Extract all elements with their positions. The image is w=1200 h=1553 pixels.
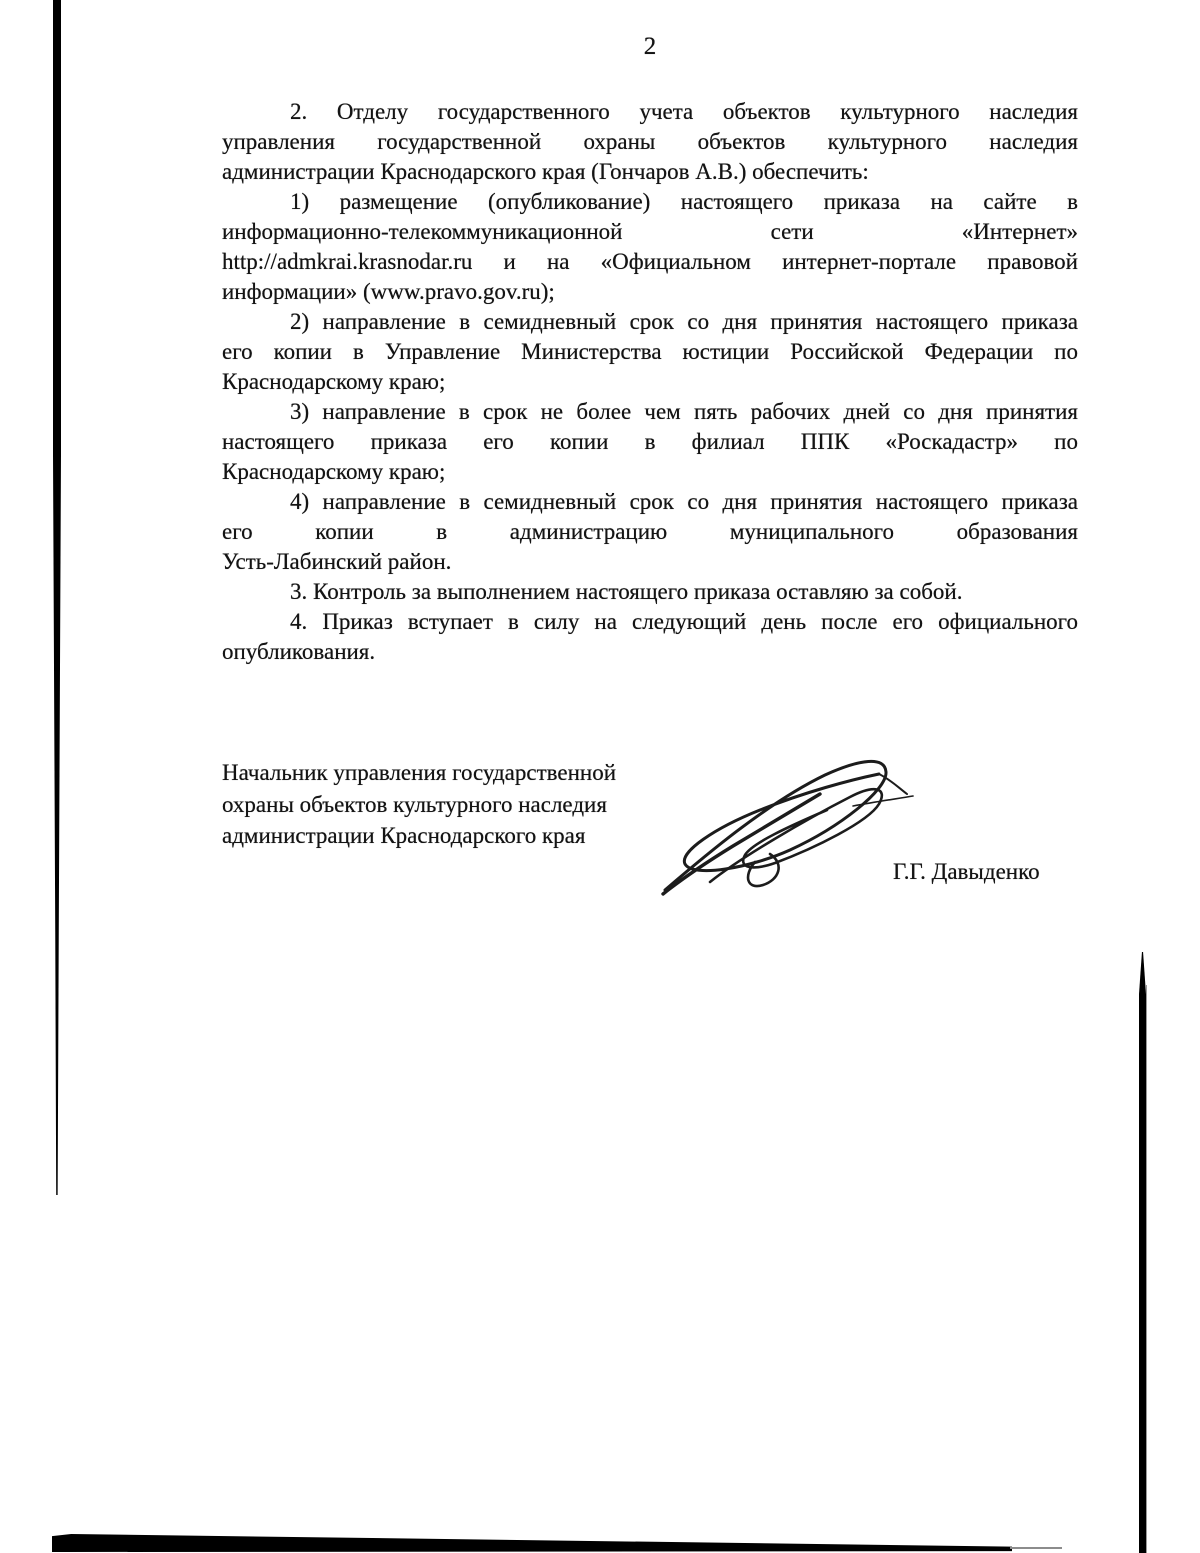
body-line: информации» (www.pravo.gov.ru); bbox=[222, 277, 1078, 307]
body-line: 2) направление в семидневный срок со дня… bbox=[222, 307, 1078, 337]
document-body: 2. Отделу государственного учета объекто… bbox=[222, 97, 1078, 667]
body-line: Краснодарскому краю; bbox=[222, 367, 1078, 397]
body-line: его копии в администрацию муниципального… bbox=[222, 517, 1078, 547]
body-line: 4) направление в семидневный срок со дня… bbox=[222, 487, 1078, 517]
body-line: его копии в Управление Министерства юсти… bbox=[222, 337, 1078, 367]
body-line: настоящего приказа его копии в филиал ПП… bbox=[222, 427, 1078, 457]
body-line: опубликования. bbox=[222, 637, 1078, 667]
signatory-title-line: объектов культурного наследия bbox=[300, 792, 607, 817]
body-line: 4. Приказ вступает в силу на следующий д… bbox=[222, 607, 1078, 637]
page-number: 2 bbox=[222, 33, 1078, 61]
body-line: 1) размещение (опубликование) настоящего… bbox=[222, 187, 1078, 217]
scan-artifact-bottom-bar-tail bbox=[1010, 1547, 1062, 1549]
signatory-title: Начальник управления государственной охр… bbox=[222, 757, 692, 852]
scan-artifact-right-line bbox=[1139, 952, 1146, 1553]
scan-artifact-right-line-ghost bbox=[1146, 985, 1147, 1553]
body-line: http://admkrai.krasnodar.ru и на «Официа… bbox=[222, 247, 1078, 277]
body-line: Краснодарскому краю; bbox=[222, 457, 1078, 487]
body-line: информационно-телекоммуникационной сети … bbox=[222, 217, 1078, 247]
scan-artifact-bottom-bar bbox=[52, 1534, 1012, 1552]
handwritten-signature-image bbox=[655, 742, 925, 902]
scan-artifact-left-line bbox=[53, 0, 61, 1195]
body-line: администрации Краснодарского края (Гонча… bbox=[222, 157, 1078, 187]
document-page: 2 2. Отделу государственного учета объек… bbox=[0, 0, 1200, 1553]
body-line: 2. Отделу государственного учета объекто… bbox=[222, 97, 1078, 127]
body-line: Усть-Лабинский район. bbox=[222, 547, 1078, 577]
signatory-title-line: администрации Краснодарского края bbox=[222, 823, 585, 848]
body-line: 3) направление в срок не более чем пять … bbox=[222, 397, 1078, 427]
signatory-title-line: Начальник управления bbox=[222, 760, 446, 785]
body-line: 3. Контроль за выполнением настоящего пр… bbox=[222, 577, 1078, 607]
body-line: управления государственной охраны объект… bbox=[222, 127, 1078, 157]
signer-name: Г.Г. Давыденко bbox=[893, 859, 1040, 885]
